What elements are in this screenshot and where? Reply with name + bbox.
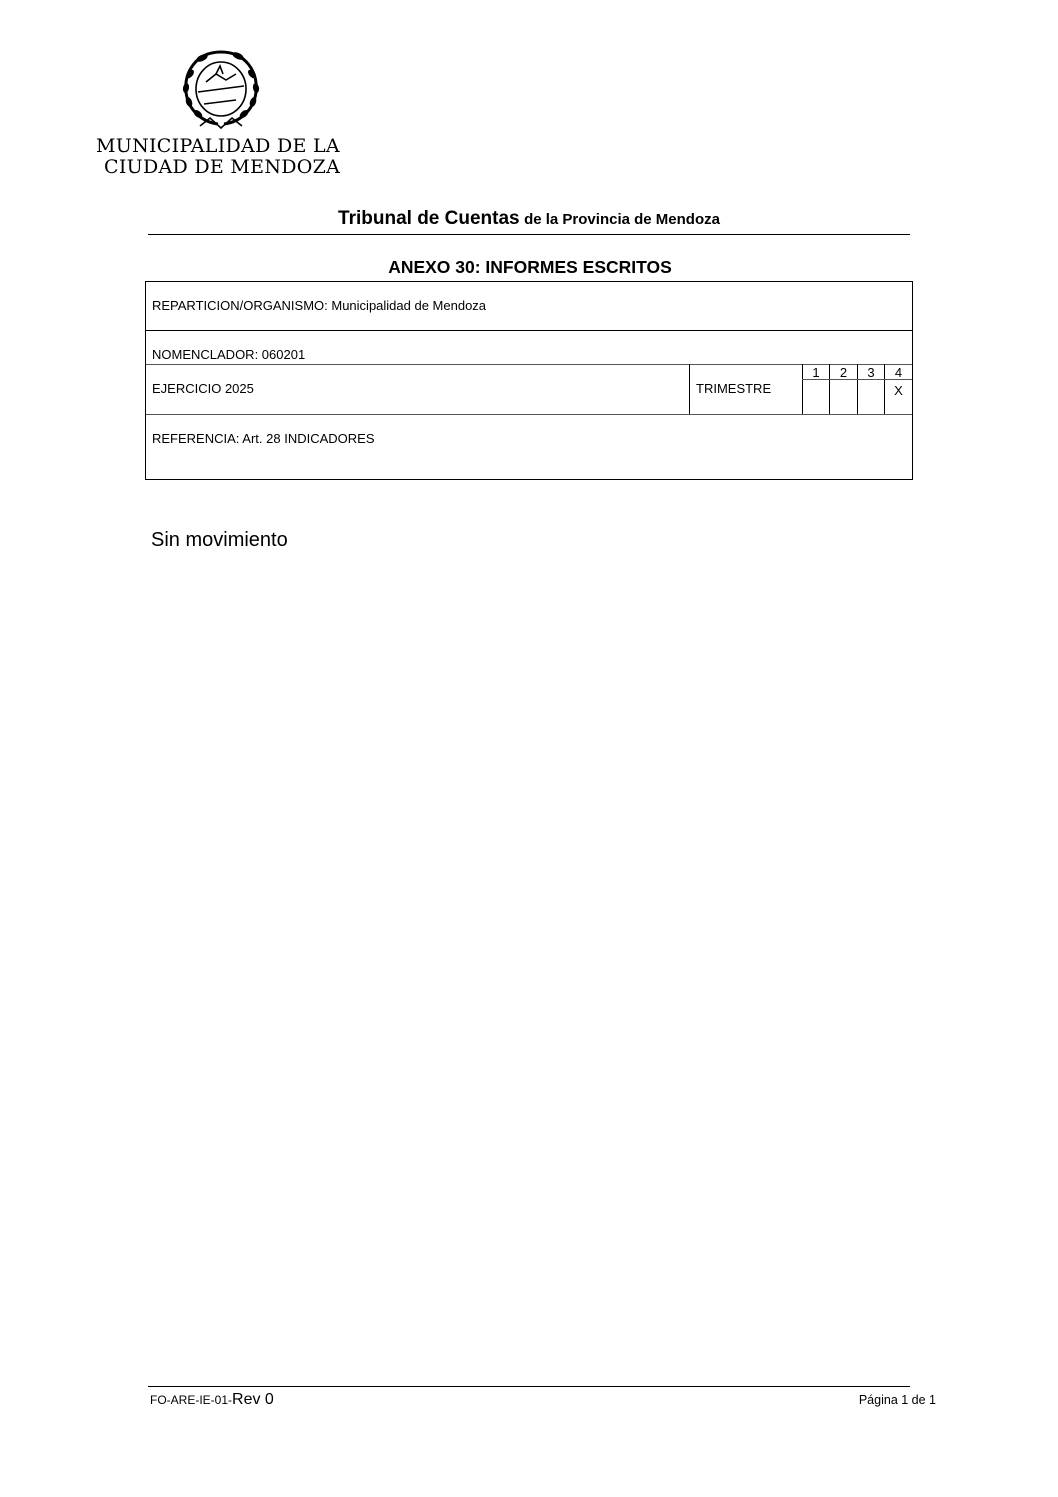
form-table: REPARTICION/ORGANISMO: Municipalidad de …	[145, 281, 913, 480]
ejercicio-row: EJERCICIO 2025 TRIMESTRE	[146, 365, 912, 414]
municipal-seal-icon	[176, 44, 266, 136]
trimestre-col-2: 2	[830, 365, 857, 380]
reparticion-field: REPARTICION/ORGANISMO: Municipalidad de …	[152, 298, 486, 313]
tribunal-subtitle: de la Provincia de Mendoza	[524, 211, 720, 228]
header-divider	[148, 234, 910, 235]
referencia-row: REFERENCIA: Art. 28 INDICADORES	[146, 415, 912, 479]
trimestre-mark-4: X	[885, 383, 912, 398]
municipality-logo: MUNICIPALIDAD DE LA CIUDAD DE MENDOZA	[96, 44, 346, 178]
municipality-name: MUNICIPALIDAD DE LA CIUDAD DE MENDOZA	[96, 136, 346, 178]
nomenclador-field: NOMENCLADOR: 060201	[152, 347, 305, 362]
trimestre-col-4: 4	[885, 365, 912, 380]
trimestre-col-1: 1	[803, 365, 829, 380]
tribunal-heading: Tribunal de Cuentas de la Provincia de M…	[148, 208, 910, 230]
municipality-name-line2: CIUDAD DE MENDOZA	[96, 157, 346, 178]
form-code-prefix: FO-ARE-IE-01-	[150, 1393, 232, 1407]
ejercicio-field: EJERCICIO 2025	[152, 381, 254, 396]
reparticion-row: REPARTICION/ORGANISMO: Municipalidad de …	[146, 282, 912, 331]
trimestre-label: TRIMESTRE	[696, 381, 771, 396]
page-number: Página 1 de 1	[859, 1393, 936, 1407]
tribunal-main-title: Tribunal de Cuentas	[338, 208, 520, 229]
footer-divider	[148, 1386, 910, 1387]
referencia-field: REFERENCIA: Art. 28 INDICADORES	[152, 431, 375, 446]
form-revision: Rev 0	[232, 1391, 274, 1408]
nomenclador-row: NOMENCLADOR: 060201	[146, 331, 912, 365]
column-divider	[689, 364, 690, 414]
document-title: ANEXO 30: INFORMES ESCRITOS	[145, 257, 915, 278]
trimestre-col-3: 3	[858, 365, 884, 380]
form-code: FO-ARE-IE-01-Rev 0	[150, 1391, 274, 1409]
municipality-name-line1: MUNICIPALIDAD DE LA	[96, 136, 346, 157]
body-text: Sin movimiento	[151, 529, 288, 552]
